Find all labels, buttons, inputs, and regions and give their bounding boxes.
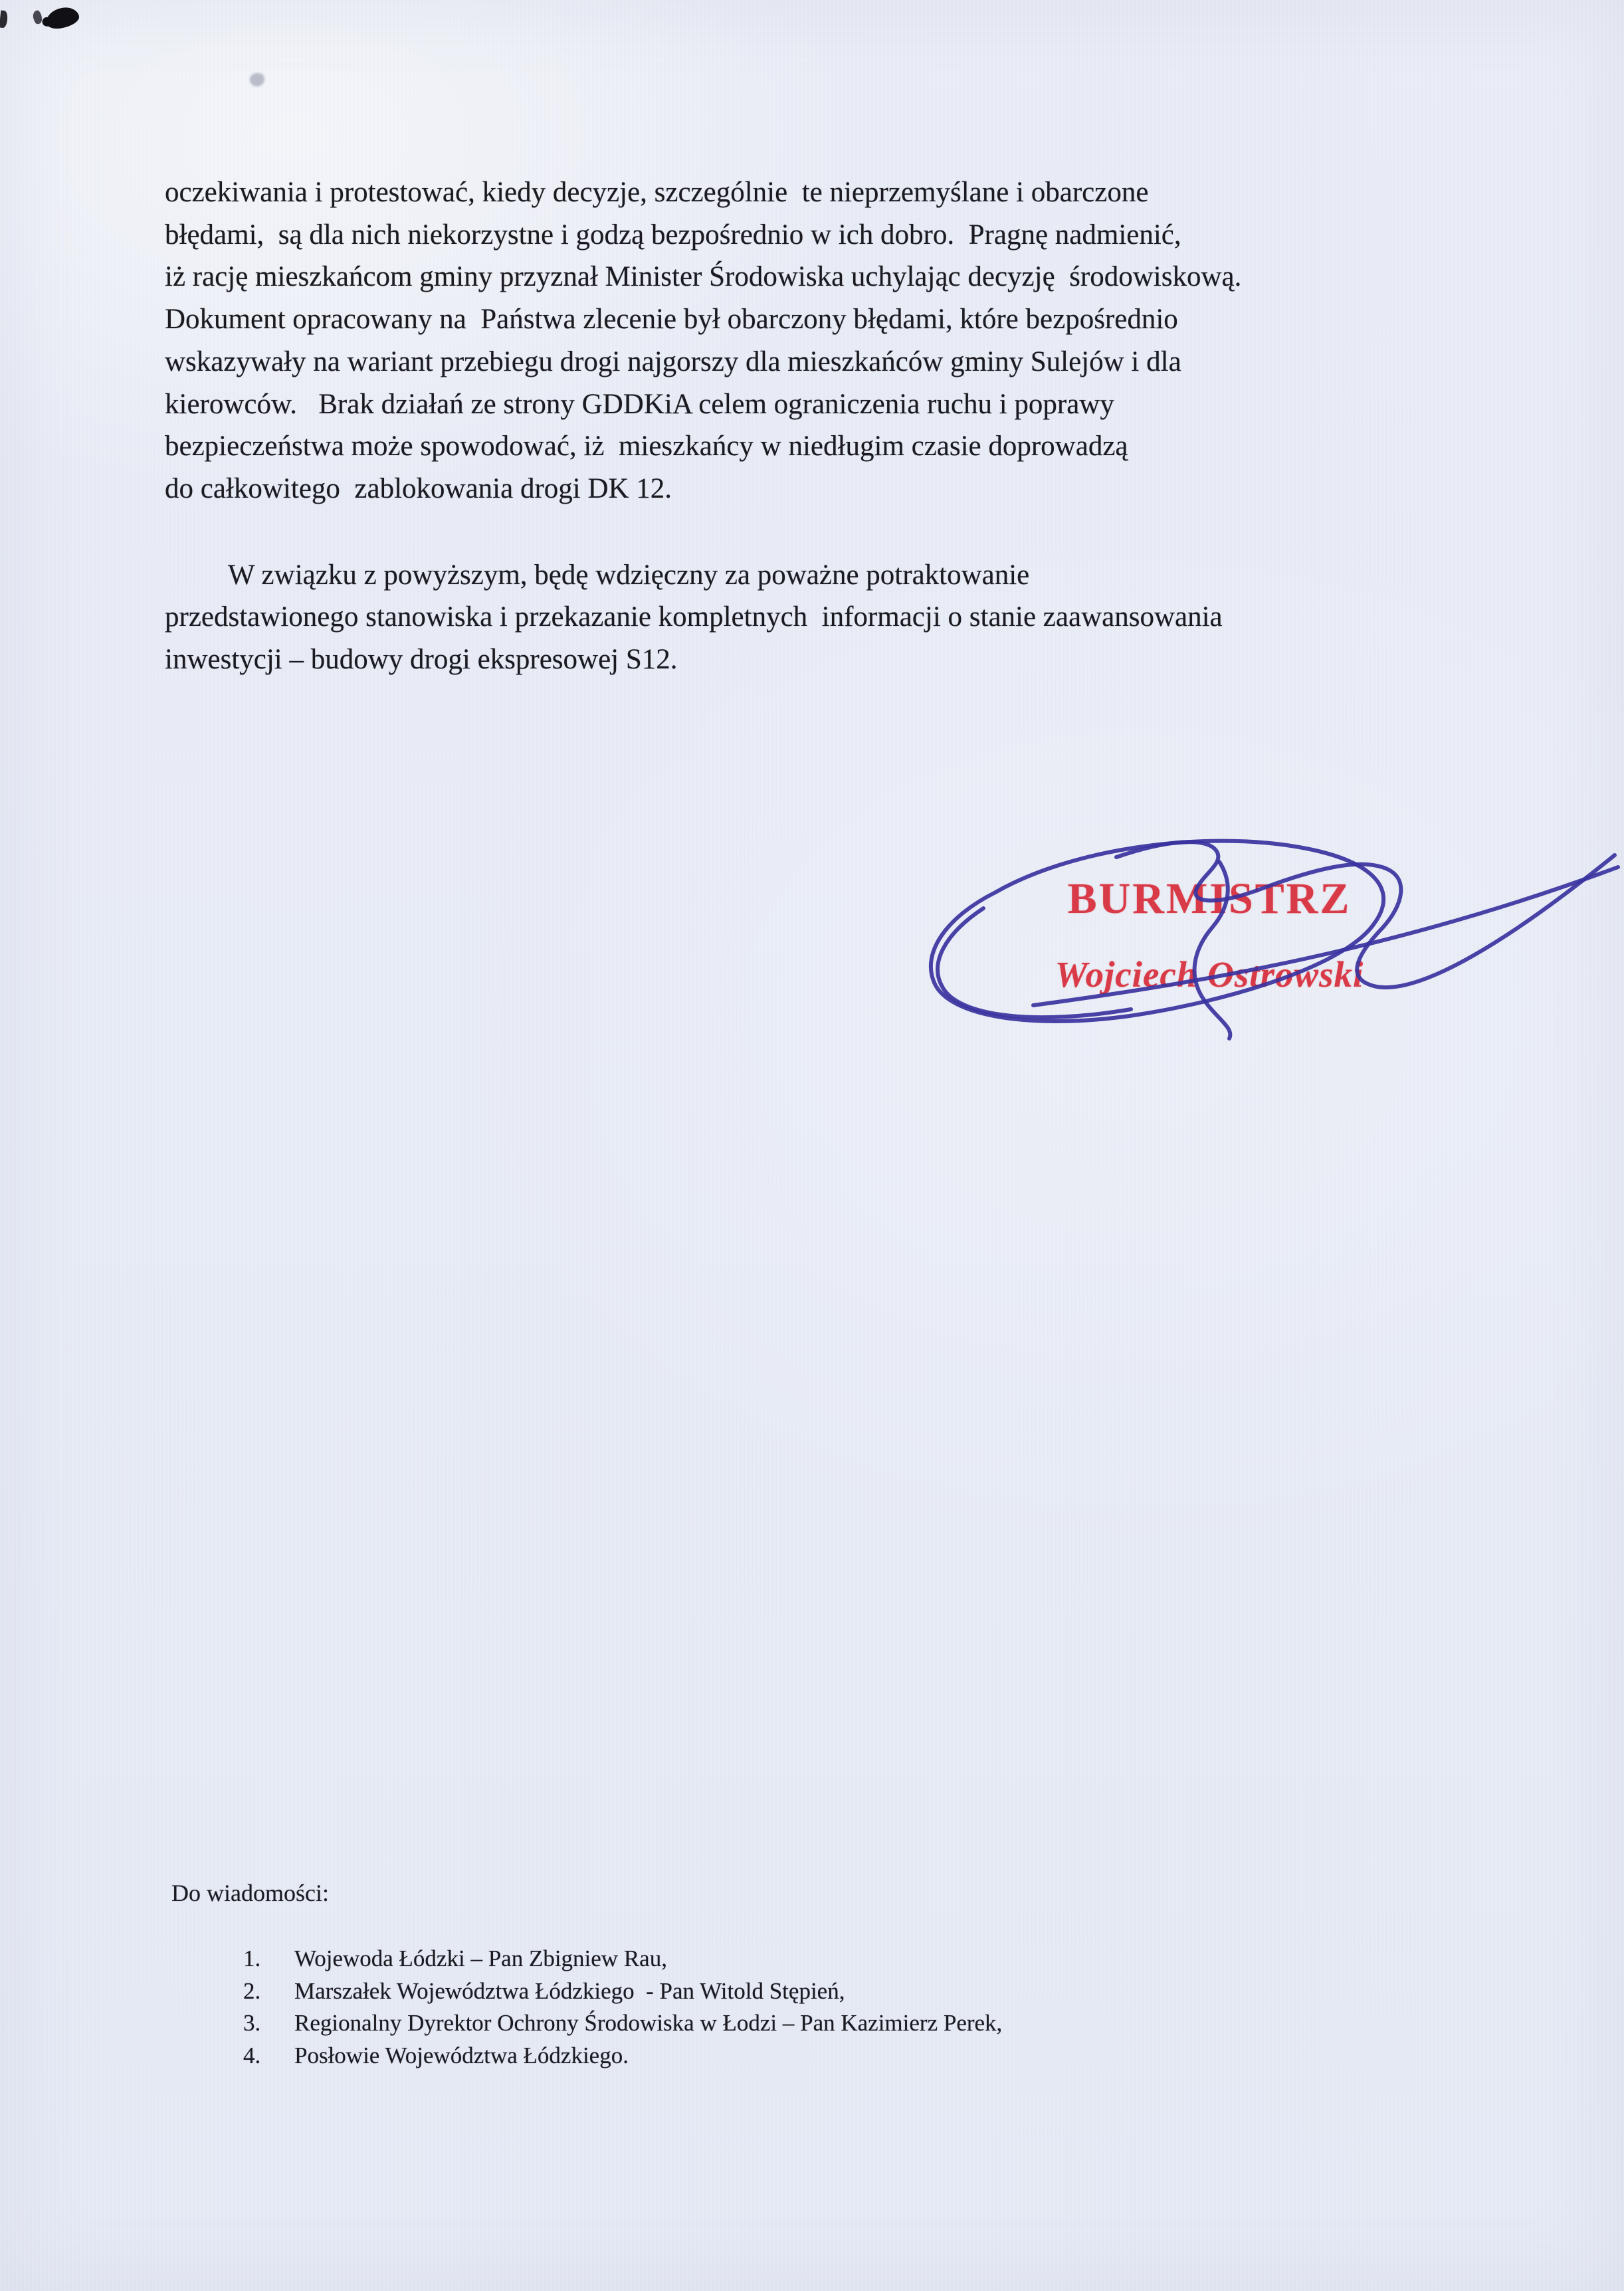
list-number: 2. — [243, 1975, 294, 2008]
list-item: 2. Marszałek Województwa Łódzkiego - Pan… — [243, 1975, 1002, 2008]
scanned-letter-page: oczekiwania i protestować, kiedy decyzje… — [0, 0, 1624, 2291]
distribution-heading: Do wiadomości: — [171, 1879, 329, 1907]
list-number: 1. — [243, 1943, 294, 1975]
ink-smudge-blob — [45, 5, 80, 30]
body-text-line: inwestycji – budowy drogi ekspresowej S1… — [165, 639, 1427, 681]
list-text: Posłowie Województwa Łódzkiego. — [294, 2040, 629, 2072]
signature-block: BURMISTRZ Wojciech Ostrowski — [917, 827, 1624, 1080]
ink-smudge-faint — [250, 73, 264, 86]
body-text-line: oczekiwania i protestować, kiedy decyzje… — [165, 171, 1427, 214]
body-text-line: iż rację mieszkańcom gminy przyznał Mini… — [165, 256, 1427, 298]
list-item: 1. Wojewoda Łódzki – Pan Zbigniew Rau, — [243, 1943, 1002, 1975]
body-text-line: błędami, są dla nich niekorzystne i godz… — [165, 214, 1427, 256]
body-text-line: kierowców. Brak działań ze strony GDDKiA… — [165, 383, 1427, 426]
list-number: 4. — [243, 2040, 294, 2072]
list-item: 4. Posłowie Województwa Łódzkiego. — [243, 2040, 1002, 2072]
body-text-line: bezpieczeństwa może spowodować, iż miesz… — [165, 425, 1427, 468]
body-paragraph-1: oczekiwania i protestować, kiedy decyzje… — [165, 171, 1427, 510]
body-text-line: Dokument opracowany na Państwa zlecenie … — [165, 298, 1427, 341]
stamp-title: BURMISTRZ — [1050, 874, 1369, 924]
list-text: Marszałek Województwa Łódzkiego - Pan Wi… — [294, 1975, 845, 2008]
body-paragraph-2: W związku z powyższym, będę wdzięczny za… — [165, 554, 1427, 681]
list-item: 3. Regionalny Dyrektor Ochrony Środowisk… — [243, 2007, 1002, 2040]
list-text: Wojewoda Łódzki – Pan Zbigniew Rau, — [294, 1943, 667, 1975]
list-number: 3. — [243, 2007, 294, 2040]
body-text-line: wskazywały na wariant przebiegu drogi na… — [165, 341, 1427, 383]
letter-body: oczekiwania i protestować, kiedy decyzje… — [165, 171, 1427, 681]
body-text-line: do całkowitego zablokowania drogi DK 12. — [165, 468, 1427, 510]
body-text-line: W związku z powyższym, będę wdzięczny za… — [165, 554, 1427, 597]
stamp-name: Wojciech Ostrowski — [1043, 953, 1375, 995]
ink-smudge-left-edge — [0, 10, 8, 28]
body-text-line: przedstawionego stanowiska i przekazanie… — [165, 596, 1427, 639]
list-text: Regionalny Dyrektor Ochrony Środowiska w… — [294, 2007, 1002, 2040]
distribution-list: 1. Wojewoda Łódzki – Pan Zbigniew Rau, 2… — [243, 1943, 1002, 2072]
